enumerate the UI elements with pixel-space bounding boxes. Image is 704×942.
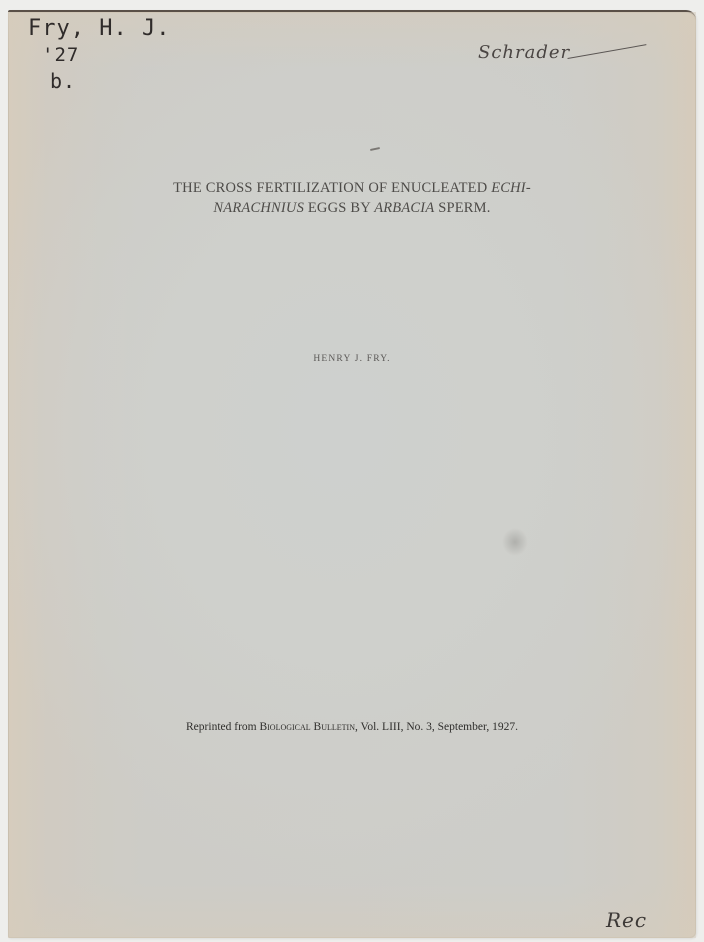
title-text: THE CROSS FERTILIZATION OF ENUCLEATED <box>173 180 491 196</box>
document-title: THE CROSS FERTILIZATION OF ENUCLEATED EC… <box>8 178 696 218</box>
paper-smudge <box>502 528 528 556</box>
reprint-details: , Vol. LIII, No. 3, September, 1927. <box>355 721 518 733</box>
title-genus-echinarachnius: NARACHNIUS <box>213 200 304 216</box>
handwritten-suffix: b. <box>28 68 170 94</box>
title-genus-arbacia: ARBACIA <box>374 200 434 216</box>
journal-name: Biological Bulletin <box>259 721 355 733</box>
signature-flourish <box>568 44 647 59</box>
handwritten-citation: Fry, H. J. '27 b. <box>28 16 170 94</box>
handwritten-signature: Schrader <box>478 42 648 63</box>
title-text: SPERM. <box>434 200 490 216</box>
paper-mark <box>370 147 380 151</box>
title-text: EGGS BY <box>304 200 374 216</box>
signature-text: Schrader <box>478 42 570 63</box>
handwritten-author-name: Fry, H. J. <box>28 16 170 42</box>
title-line-2: NARACHNIUS EGGS BY ARBACIA SPERM. <box>8 198 696 218</box>
handwritten-initials: Rec <box>606 908 647 932</box>
title-genus-part: ECHI- <box>491 180 531 196</box>
reprint-prefix: Reprinted from <box>186 721 259 733</box>
document-page: Fry, H. J. '27 b. Schrader THE CROSS FER… <box>8 10 696 938</box>
handwritten-year: '27 <box>28 42 170 68</box>
author-name: HENRY J. FRY. <box>8 354 696 364</box>
reprint-citation: Reprinted from Biological Bulletin, Vol.… <box>8 721 696 733</box>
title-line-1: THE CROSS FERTILIZATION OF ENUCLEATED EC… <box>8 178 696 198</box>
